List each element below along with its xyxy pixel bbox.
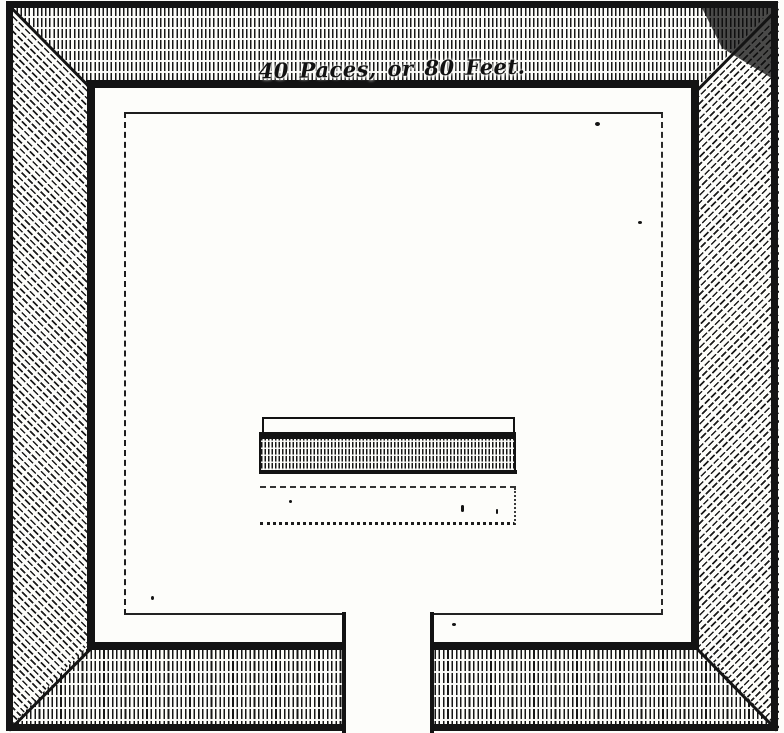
platform-middle-step [260,474,516,488]
platform-hatched-band [259,439,516,470]
engraved-plan-plate: 40 Paces, or 80 Feet. [0,0,784,733]
boundary-gap-at-entrance [344,608,432,618]
entrance-passage [346,640,430,733]
ink-speck [151,596,154,600]
scale-label: 40 Paces, or 80 Feet. [258,54,525,84]
ink-speck [496,509,498,514]
ink-speck [452,623,456,626]
ink-speck [461,505,464,512]
ink-speck [289,500,292,503]
ink-speck [638,221,642,224]
passage-wall-right [430,612,434,733]
platform-top-step [262,417,515,433]
court-inner-boundary [124,112,663,615]
platform-lower-step [260,488,516,525]
platform-dark-band [259,432,516,439]
ink-speck [595,122,600,126]
passage-wall-left [342,612,346,733]
